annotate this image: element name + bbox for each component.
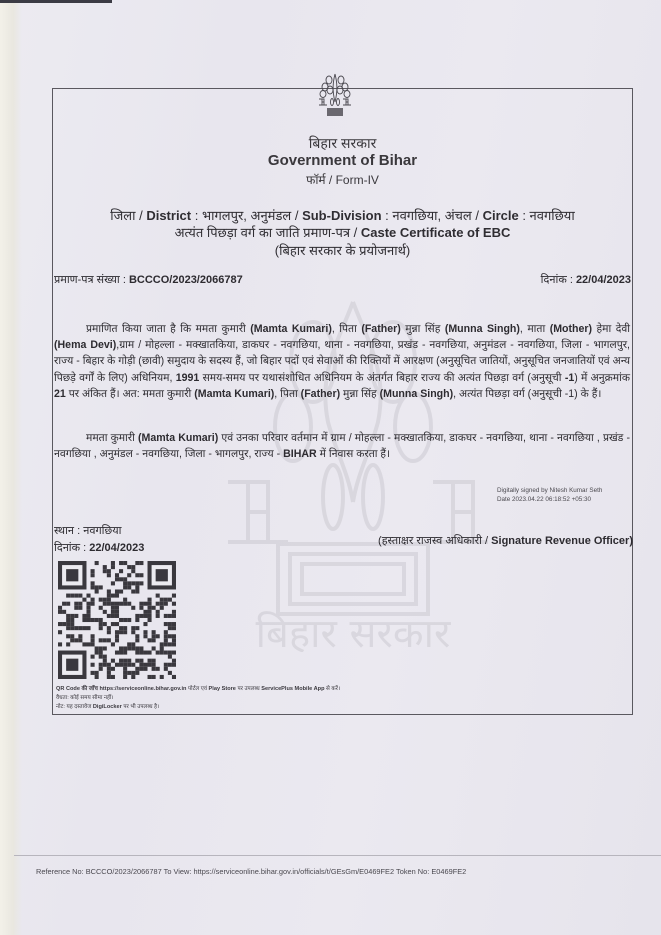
certificate-title: अत्यंत पिछड़ा वर्ग का जाति प्रमाण-पत्र /… <box>52 223 633 241</box>
digital-signature-stamp: Digitally signed by Nitesh Kumar Seth Da… <box>497 486 602 504</box>
scan-top-strip <box>0 0 112 3</box>
validity-note: वैधता: कोई समय सीमा नहीं। <box>56 694 114 702</box>
paper-left-edge <box>0 0 22 935</box>
govt-name-hindi: बिहार सरकार <box>52 134 633 153</box>
certificate-number: प्रमाण-पत्र संख्या : BCCCO/2023/2066787 <box>54 272 243 287</box>
signature-label: (हस्ताक्षर राजस्व अधिकारी / Signature Re… <box>378 533 633 548</box>
qr-verification-note: QR Code की जाँच https://serviceonline.bi… <box>56 685 340 693</box>
residence-paragraph: ममता कुमारी (Mamta Kumari) एवं उनका परिव… <box>54 430 630 462</box>
footer-reference: Reference No: BCCCO/2023/2066787 To View… <box>36 867 466 876</box>
footer-divider <box>14 855 661 856</box>
govt-name-english: Government of Bihar <box>52 152 633 169</box>
location-line: जिला / District : भागलपुर, अनुमंडल / Sub… <box>52 206 633 224</box>
digilocker-note: नोट: यह दस्तावेज DigiLocker पर भी उपलब्ध… <box>56 703 159 711</box>
issue-date-field: दिनांक : 22/04/2023 <box>54 540 144 555</box>
form-label: फॉर्म / Form-IV <box>52 171 633 188</box>
digital-signature-signer: Digitally signed by Nitesh Kumar Seth <box>497 486 602 495</box>
svg-text:बिहार सरकार: बिहार सरकार <box>256 611 451 652</box>
certificate-date: दिनांक : 22/04/2023 <box>541 272 631 287</box>
digital-signature-date: Date 2023.04.22 06:18:52 +05:30 <box>497 495 602 504</box>
bihar-bodhi-tree-emblem-icon <box>315 70 355 118</box>
certification-paragraph: प्रमाणित किया जाता है कि ममता कुमारी (Ma… <box>54 321 630 402</box>
place-field: स्थान : नवगछिया <box>54 523 121 538</box>
qr-code-icon <box>58 561 176 679</box>
verification-url-link[interactable]: https://serviceonline.bihar.gov.in <box>100 686 187 692</box>
certificate-purpose: (बिहार सरकार के प्रयोजनार्थ) <box>52 241 633 259</box>
